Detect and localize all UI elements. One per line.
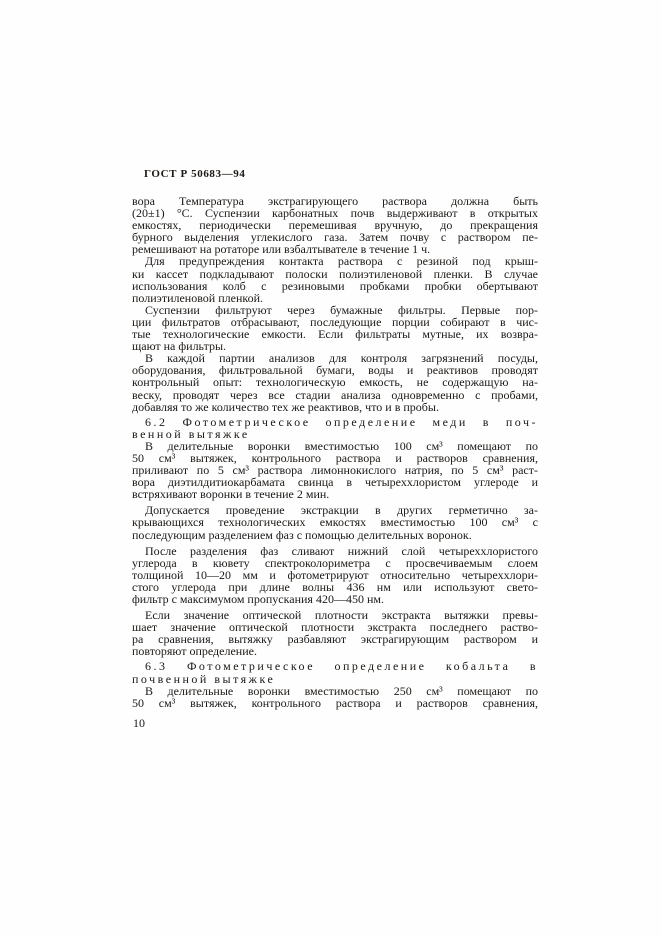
text-line: 6.3 Фотометрическое определение кобальта… <box>132 660 538 672</box>
text-line: контрольный опыт: технологическую емкост… <box>132 376 538 388</box>
text-line: использования колб с резиновыми пробками… <box>132 280 538 292</box>
text-line: последующим разделением фаз с помощью де… <box>132 529 538 541</box>
paragraph: Для предупреждения контакта раствора с р… <box>132 255 538 303</box>
section-heading: 6.3 Фотометрическое определение кобальта… <box>132 660 538 684</box>
text-line: встряхивают воронки в течение 2 мин. <box>132 488 538 500</box>
paragraph: В делительные воронки вместимостью 100 с… <box>132 440 538 500</box>
paragraph: вора Температура экстрагирующего раствор… <box>132 195 538 255</box>
paragraph: В каждой партии анализов для контроля за… <box>132 352 538 412</box>
paragraph: В делительные воронки вместимостью 250 с… <box>132 685 538 709</box>
text-line: повторяют определение. <box>132 645 538 657</box>
text-line: ки кассет подкладывают полоски полиэтиле… <box>132 268 538 280</box>
running-header: ГОСТ Р 50683—94 <box>144 168 245 180</box>
paragraph: После разделения фаз сливают нижний слой… <box>132 545 538 605</box>
text-line: 6.2 Фотометрическое определение меди в п… <box>132 416 538 428</box>
paragraph: Если значение оптической плотности экстр… <box>132 609 538 657</box>
document-page: ГОСТ Р 50683—94 вора Температура экстраг… <box>0 0 661 935</box>
text-line: почвенной вытяжке <box>132 673 538 685</box>
page-number: 10 <box>133 716 145 731</box>
section-heading: 6.2 Фотометрическое определение меди в п… <box>132 416 538 440</box>
text-line: После разделения фаз сливают нижний слой… <box>132 545 538 557</box>
text-line: крывающихся технологических емкостях вме… <box>132 516 538 528</box>
text-line: 50 см³ вытяжек, контрольного раствора и … <box>132 697 538 709</box>
document-body: вора Температура экстрагирующего раствор… <box>132 195 538 709</box>
text-line: веску, проводят через все стадии анализа… <box>132 389 538 401</box>
paragraph: Суспензии фильтруют через бумажные фильт… <box>132 304 538 352</box>
text-line: добавляя то же количество тех же реактив… <box>132 401 538 413</box>
text-line: углерода в кювету спектроколориметра с п… <box>132 557 538 569</box>
text-line: В делительные воронки вместимостью 250 с… <box>132 685 538 697</box>
text-line: Для предупреждения контакта раствора с р… <box>132 255 538 267</box>
paragraph: Допускается проведение экстракции в друг… <box>132 504 538 540</box>
text-line: фильтр с максимумом пропускания 420—450 … <box>132 593 538 605</box>
